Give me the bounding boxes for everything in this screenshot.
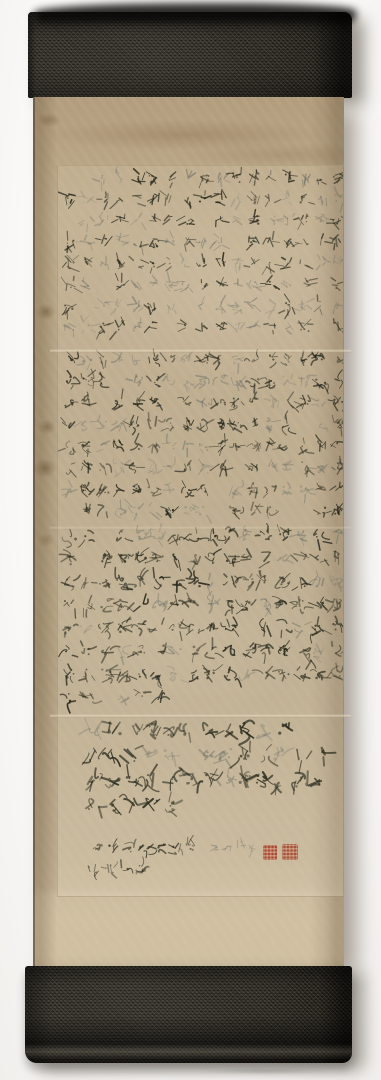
red-seal-2: [282, 844, 298, 860]
silk-mount: [33, 97, 344, 966]
panel-crease: [50, 714, 351, 718]
red-seal-1: [263, 845, 277, 860]
calligraphy-canvas: [58, 166, 343, 896]
panel-crease: [50, 349, 351, 353]
bottom-roller: [25, 966, 352, 1063]
calligraphy-paper-panel: [57, 165, 344, 897]
cast-shadow: [200, 1068, 330, 1074]
top-roller: [28, 12, 352, 98]
scroll-photograph: [0, 0, 381, 1080]
panel-crease: [50, 526, 351, 530]
